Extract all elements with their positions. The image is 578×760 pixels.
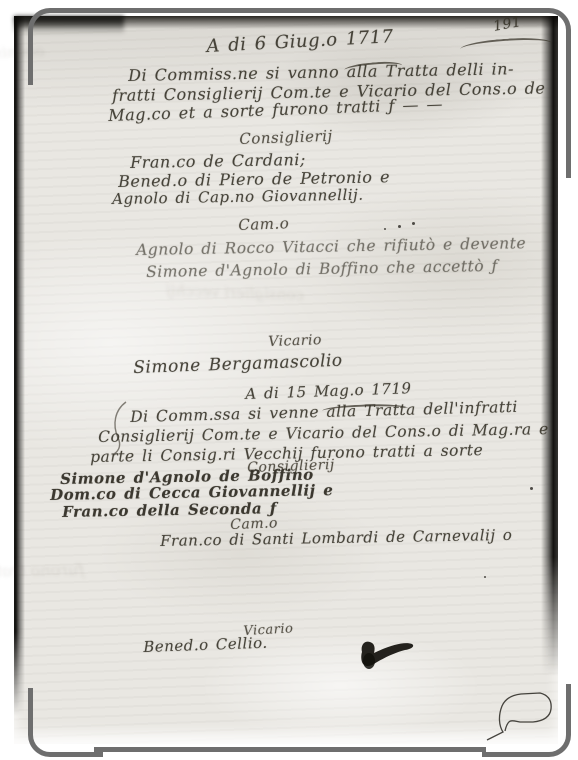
manuscript-page: ommissione si vanno consiglieri vecchij … [14,16,558,744]
vicario-heading: Vicario [268,332,322,350]
entry2-date: A di 15 Mag.o 1719 [245,379,412,403]
bleed-through-text: ommissione si vanno [0,42,45,65]
folio-underline-stroke [460,36,552,52]
page-top-left-shadow [14,16,124,34]
camerario-line: Agnolo di Rocco Vitacci che rifiutò e de… [136,234,526,259]
camerario-heading: Cam.o [238,214,290,234]
consiglieri-heading: Consiglierij [239,127,333,148]
ink-blot [356,634,418,674]
ink-speck [384,228,386,230]
signature-name: Bened.o Cellio. [143,634,268,656]
camerario-line: Simone d'Agnolo di Boffino che accettò ƒ [146,257,498,281]
frame-top-rail [94,8,486,13]
pentagon-outline-doodle [484,690,560,744]
bleed-through-text: furono tratti a sorte della [0,560,84,583]
ink-speck [484,576,486,578]
bleed-through-text: consiglieri vecchij [166,281,304,304]
book-gutter-shadow [14,16,25,716]
page-top-edge-shadow [14,16,558,29]
vicario-name: Simone Bergamascolio [133,351,343,378]
frame-bottom-rail [94,747,486,752]
ink-speck [412,222,415,225]
manuscript-scan-viewer: ommissione si vanno consiglieri vecchij … [0,0,578,760]
consigliere-name: Agnolo di Cap.no Giovannellij. [112,186,364,208]
camerario-name: Fran.co di Santi Lombardi de Carnevalij … [160,526,512,550]
folio-number: 191 [492,14,523,35]
ink-speck [398,225,401,228]
entry1-date: A di 6 Giug.o 1717 [206,26,394,57]
page-right-edge-shadow [541,16,558,676]
ink-speck [530,487,533,490]
